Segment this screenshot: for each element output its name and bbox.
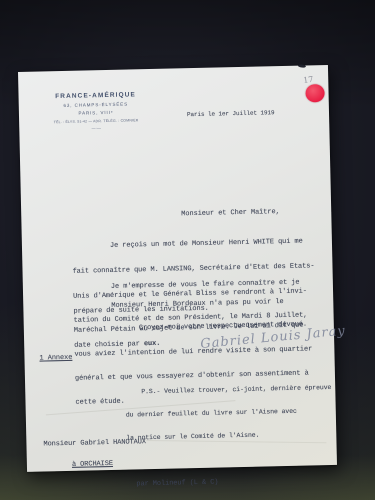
typed-line: à ORCHAISE — [72, 459, 218, 469]
typed-line: Monsieur Gabriel HANOTAUX — [43, 438, 217, 449]
letterhead: FRANCE-AMÉRIQUE 63, CHAMPS-ÉLYSÉES PARIS… — [28, 91, 163, 132]
typed-line: Monsieur Henri Bordeaux n'a pas pu voir … — [73, 297, 311, 310]
paper-edge-speck — [298, 64, 306, 68]
typed-line: par Molineuf (L & C) — [136, 480, 218, 489]
typed-line: Je reçois un mot de Monsieur Henri WHITE… — [72, 238, 314, 252]
enclosure-note: 1 Annexe — [39, 354, 72, 363]
typed-line: du dernier feuillet du livre sur l'Aisne… — [126, 407, 341, 420]
typed-line: P.S.- Veuillez trouver, ci-joint, derniè… — [125, 383, 340, 396]
red-seal — [305, 84, 324, 102]
letter-paper: FRANCE-AMÉRIQUE 63, CHAMPS-ÉLYSÉES PARIS… — [18, 65, 337, 472]
org-street: 63, CHAMPS-ÉLYSÉES — [29, 101, 163, 109]
dateline: Paris le 1er Juillet 1919 — [187, 109, 275, 118]
recipient-address: Monsieur Gabriel HANOTAUX à ORCHAISE par… — [43, 424, 219, 500]
letterhead-divider: —·— — [29, 124, 163, 132]
salutation: Monsieur et Cher Maître, — [181, 208, 280, 218]
photo-background: FRANCE-AMÉRIQUE 63, CHAMPS-ÉLYSÉES PARIS… — [0, 0, 375, 500]
typed-line: vous aviez l'intention de lui rendre vis… — [74, 345, 312, 358]
org-city: PARIS, VIIIᵉ — [29, 109, 163, 117]
org-name: FRANCE-AMÉRIQUE — [28, 91, 162, 101]
